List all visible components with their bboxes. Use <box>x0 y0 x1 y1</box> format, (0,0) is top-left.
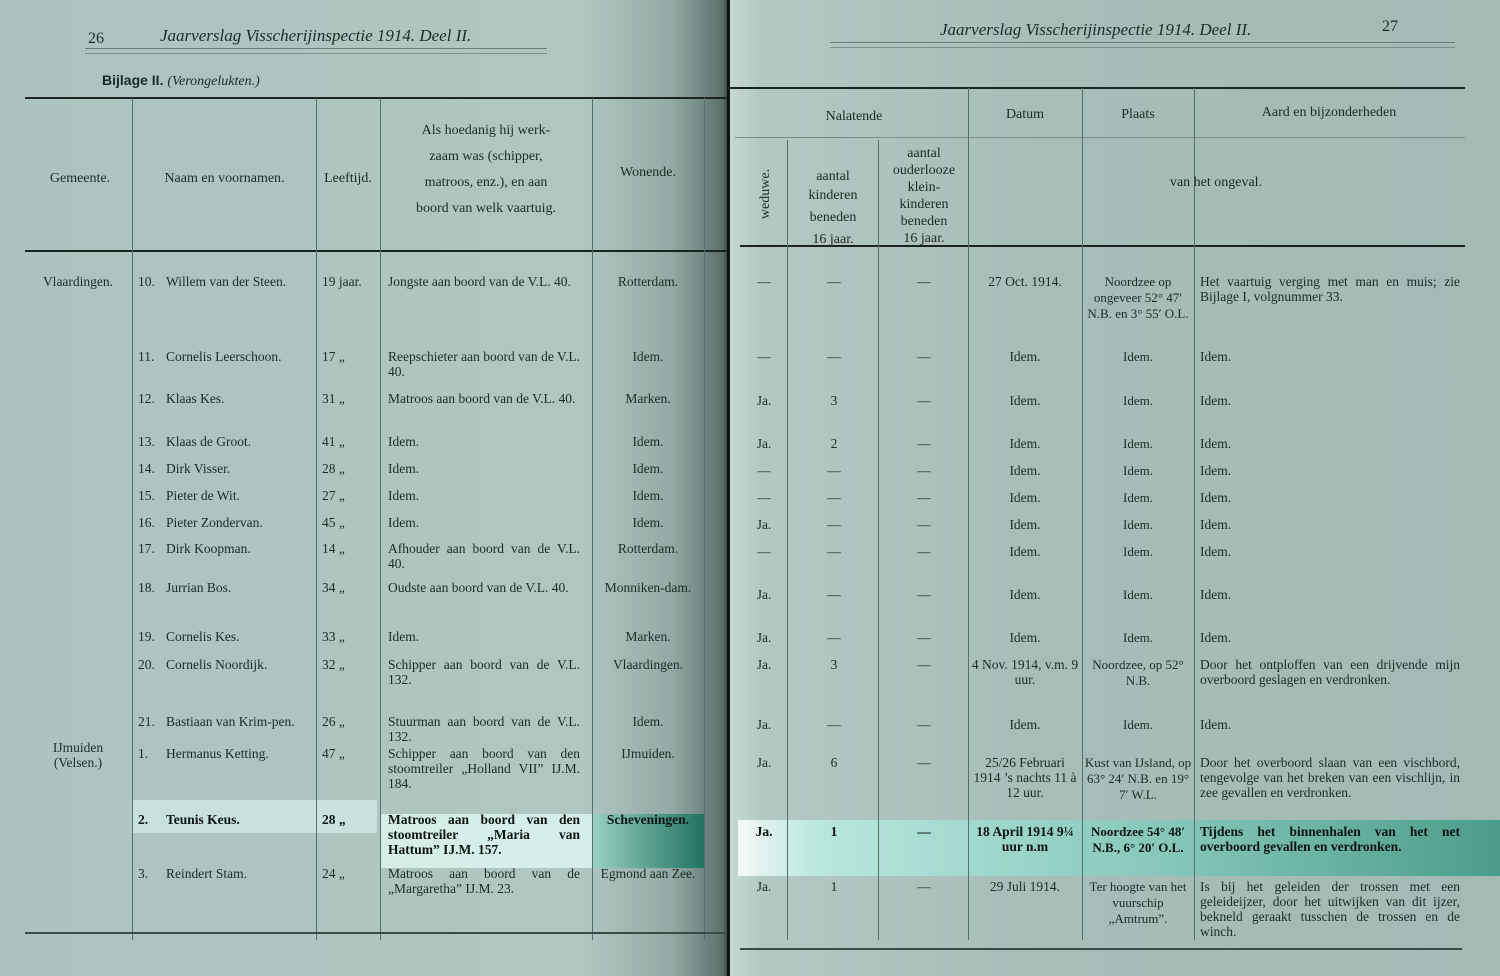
col-header-gemeente: Gemeente. <box>30 166 130 192</box>
cell-nr: 21. <box>138 714 160 729</box>
appendix-subtitle: (Verongelukten.) <box>167 74 259 89</box>
cell-kleinkinderen: — <box>880 717 968 732</box>
cell-datum: Idem. <box>970 393 1080 408</box>
cell-weduwe: Ja. <box>742 517 786 532</box>
cell-wonende: Idem. <box>595 434 701 449</box>
col-header-naam: Naam en voornamen. <box>133 166 316 192</box>
cell-aard: Het vaartuig verging met man en muis; zi… <box>1200 274 1460 304</box>
cell-aard: Door het ontploffen van een drijvende mi… <box>1200 657 1460 687</box>
cell-plaats: Noordzee 54° 48′ N.B., 6° 20′ O.L. <box>1084 824 1192 856</box>
cell-hoedanig: Jongste aan boord van de V.L. 40. <box>388 274 580 289</box>
cell-kleinkinderen: — <box>880 393 968 408</box>
cell-hoedanig: Reepschieter aan boord van de V.L. 40. <box>388 349 580 379</box>
cell-datum: Idem. <box>970 517 1080 532</box>
cell-leeftijd: 24 „ <box>322 866 378 881</box>
cell-kinderen: — <box>790 717 878 732</box>
cell-wonende: Rotterdam. <box>595 541 701 556</box>
cell-plaats: Noordzee, op 52° N.B. <box>1084 657 1192 689</box>
cell-nr: 18. <box>138 580 160 595</box>
cell-weduwe: Ja. <box>742 879 786 894</box>
cell-wonende: Idem. <box>595 515 701 530</box>
appendix-title: Bijlage II. (Verongelukten.) <box>102 72 260 90</box>
cell-leeftijd: 27 „ <box>322 488 378 503</box>
cell-datum: 25/26 Februari 1914 ’s nachts 11 à 12 uu… <box>970 755 1080 800</box>
cell-hoedanig: Idem. <box>388 461 580 476</box>
cell-wonende: Idem. <box>595 461 701 476</box>
cell-kinderen: 6 <box>790 755 878 770</box>
cell-nr: 2. <box>138 812 160 827</box>
cell-wonende: Rotterdam. <box>595 274 701 289</box>
cell-leeftijd: 31 „ <box>322 391 378 406</box>
cell-hoedanig: Matroos aan boord van de „Margaretha” IJ… <box>388 866 580 896</box>
cell-hoedanig: Idem. <box>388 515 580 530</box>
cell-naam: Bastiaan van Krim-pen. <box>166 714 316 729</box>
cell-kinderen: — <box>790 349 878 364</box>
cell-wonende: Marken. <box>595 391 701 406</box>
cell-leeftijd: 17 „ <box>322 349 378 364</box>
cell-naam: Pieter Zondervan. <box>166 515 316 530</box>
cell-aard: Idem. <box>1200 544 1460 559</box>
cell-kinderen: 1 <box>790 879 878 894</box>
cell-naam: Teunis Keus. <box>166 812 316 827</box>
cell-aard: Idem. <box>1200 490 1460 505</box>
cell-leeftijd: 26 „ <box>322 714 378 729</box>
cell-aard: Tijdens het binnenhalen van het net over… <box>1200 824 1460 854</box>
col-header-hoedanig: Als hoedanig hij werk- zaam was (schippe… <box>380 118 592 222</box>
cell-plaats: Idem. <box>1084 436 1192 452</box>
cell-aard: Idem. <box>1200 463 1460 478</box>
cell-nr: 15. <box>138 488 160 503</box>
cell-hoedanig: Afhouder aan boord van de V.L. 40. <box>388 541 580 571</box>
cell-leeftijd: 28 „ <box>322 461 378 476</box>
cell-weduwe: Ja. <box>742 630 786 645</box>
cell-leeftijd: 33 „ <box>322 629 378 644</box>
cell-plaats: Idem. <box>1084 517 1192 533</box>
header-rule-right <box>830 42 1455 48</box>
cell-nr: 13. <box>138 434 160 449</box>
cell-kleinkinderen: — <box>880 824 968 839</box>
cell-aard: Idem. <box>1200 517 1460 532</box>
cell-naam: Klaas Kes. <box>166 391 316 406</box>
cell-aard: Idem. <box>1200 630 1460 645</box>
cell-hoedanig: Schipper aan boord van de V.L. 132. <box>388 657 580 687</box>
nalatende-rule <box>735 137 1465 138</box>
cell-hoedanig: Matroos aan boord van de V.L. 40. <box>388 391 580 406</box>
col-divider <box>878 140 879 940</box>
book-spine <box>727 0 730 976</box>
cell-kleinkinderen: — <box>880 755 968 770</box>
cell-plaats: Idem. <box>1084 544 1192 560</box>
cell-nr: 19. <box>138 629 160 644</box>
cell-datum: Idem. <box>970 436 1080 451</box>
cell-naam: Cornelis Noordijk. <box>166 657 316 672</box>
cell-datum: Idem. <box>970 630 1080 645</box>
cell-datum: 4 Nov. 1914, v.m. 9 uur. <box>970 657 1080 687</box>
table-top-rule-right <box>730 87 1465 89</box>
cell-weduwe: Ja. <box>742 436 786 451</box>
cell-weduwe: Ja. <box>742 717 786 732</box>
cell-plaats: Idem. <box>1084 463 1192 479</box>
cell-kinderen: 1 <box>790 824 878 839</box>
cell-kleinkinderen: — <box>880 349 968 364</box>
cell-leeftijd: 45 „ <box>322 515 378 530</box>
col-header-wonende: Wonende. <box>592 160 704 186</box>
cell-leeftijd: 28 „ <box>322 812 378 827</box>
col-divider <box>704 98 705 940</box>
group-gemeente-ijmuiden: IJmuiden (Velsen.) <box>28 740 128 770</box>
cell-weduwe: Ja. <box>742 393 786 408</box>
cell-kinderen: — <box>790 517 878 532</box>
cell-kinderen: 3 <box>790 657 878 672</box>
cell-kleinkinderen: — <box>880 587 968 602</box>
cell-plaats: Idem. <box>1084 587 1192 603</box>
cell-plaats: Idem. <box>1084 630 1192 646</box>
col-divider <box>316 98 317 940</box>
cell-datum: Idem. <box>970 463 1080 478</box>
cell-hoedanig: Idem. <box>388 488 580 503</box>
cell-wonende: Idem. <box>595 349 701 364</box>
cell-aard: Is bij het geleiden der trossen met een … <box>1200 879 1460 939</box>
cell-wonende: Egmond aan Zee. <box>595 866 701 881</box>
cell-weduwe: Ja. <box>742 824 786 839</box>
cell-aard: Door het overboord slaan van een vischbo… <box>1200 755 1460 800</box>
cell-nr: 3. <box>138 866 160 881</box>
cell-hoedanig: Stuurman aan boord van de V.L. 132. <box>388 714 580 744</box>
cell-kleinkinderen: — <box>880 630 968 645</box>
cell-wonende: Vlaardingen. <box>595 657 701 672</box>
cell-wonende: Marken. <box>595 629 701 644</box>
cell-naam: Hermanus Ketting. <box>166 746 316 761</box>
cell-datum: Idem. <box>970 544 1080 559</box>
cell-leeftijd: 19 jaar. <box>322 274 378 289</box>
header-rule-left <box>85 48 547 54</box>
cell-naam: Pieter de Wit. <box>166 488 316 503</box>
cell-nr: 20. <box>138 657 160 672</box>
col-header-aard: Aard en bijzonderheden <box>1194 100 1464 126</box>
cell-weduwe: — <box>742 463 786 478</box>
cell-weduwe: — <box>742 349 786 364</box>
table-header-rule-left <box>25 250 730 252</box>
running-head-right: Jaarverslag Visscherijinspectie 1914. De… <box>940 20 1251 40</box>
cell-kleinkinderen: — <box>880 436 968 451</box>
page-number-right: 27 <box>1382 18 1398 36</box>
cell-kleinkinderen: — <box>880 517 968 532</box>
cell-nr: 12. <box>138 391 160 406</box>
cell-datum: Idem. <box>970 587 1080 602</box>
cell-leeftijd: 14 „ <box>322 541 378 556</box>
cell-kinderen: — <box>790 587 878 602</box>
cell-datum: Idem. <box>970 717 1080 732</box>
page-number-left: 26 <box>88 30 104 48</box>
col-header-nalatende: Nalatende <box>740 104 968 130</box>
cell-naam: Dirk Visser. <box>166 461 316 476</box>
cell-leeftijd: 34 „ <box>322 580 378 595</box>
cell-datum: Idem. <box>970 490 1080 505</box>
cell-nr: 10. <box>138 274 160 289</box>
cell-kinderen: — <box>790 490 878 505</box>
cell-kleinkinderen: — <box>880 274 968 289</box>
table-top-rule-left <box>25 97 730 99</box>
cell-kleinkinderen: — <box>880 490 968 505</box>
cell-nr: 16. <box>138 515 160 530</box>
cell-kinderen: — <box>790 630 878 645</box>
cell-aard: Idem. <box>1200 587 1460 602</box>
col-divider <box>132 98 133 940</box>
cell-kinderen: 2 <box>790 436 878 451</box>
cell-wonende: Scheveningen. <box>595 812 701 827</box>
cell-kinderen: 3 <box>790 393 878 408</box>
col-divider <box>380 98 381 940</box>
cell-kinderen: — <box>790 463 878 478</box>
col-divider <box>1082 88 1083 940</box>
col-divider <box>1194 88 1195 940</box>
cell-kleinkinderen: — <box>880 544 968 559</box>
cell-naam: Cornelis Leerschoon. <box>166 349 316 364</box>
cell-datum: Idem. <box>970 349 1080 364</box>
cell-leeftijd: 47 „ <box>322 746 378 761</box>
cell-datum: 27 Oct. 1914. <box>970 274 1080 289</box>
cell-hoedanig: Idem. <box>388 629 580 644</box>
cell-kleinkinderen: — <box>880 657 968 672</box>
cell-naam: Dirk Koopman. <box>166 541 316 556</box>
table-bottom-rule-left <box>25 932 725 934</box>
cell-plaats: Idem. <box>1084 393 1192 409</box>
cell-datum: 29 Juli 1914. <box>970 879 1080 894</box>
cell-plaats: Idem. <box>1084 717 1192 733</box>
table-bottom-rule-right <box>740 948 1462 950</box>
col-header-datum: Datum <box>968 102 1082 128</box>
cell-nr: 17. <box>138 541 160 556</box>
cell-hoedanig: Matroos aan boord van den stoomtreiler „… <box>388 812 580 857</box>
cell-weduwe: — <box>742 490 786 505</box>
running-head-left: Jaarverslag Visscherijinspectie 1914. De… <box>160 26 471 46</box>
cell-plaats: Ter hoogte van het vuurschip „Amtrum”. <box>1084 879 1192 927</box>
cell-plaats: Noordzee op ongeveer 52° 47′ N.B. en 3° … <box>1084 274 1192 322</box>
group-gemeente-vlaardingen: Vlaardingen. <box>28 274 128 289</box>
cell-kinderen: — <box>790 274 878 289</box>
cell-weduwe: Ja. <box>742 755 786 770</box>
cell-wonende: IJmuiden. <box>595 746 701 761</box>
col-header-leeftijd: Leeftijd. <box>316 166 380 192</box>
cell-leeftijd: 41 „ <box>322 434 378 449</box>
col-header-weduwe: weduwe. <box>758 164 774 224</box>
cell-plaats: Idem. <box>1084 490 1192 506</box>
col-header-plaats: Plaats <box>1082 102 1194 128</box>
cell-wonende: Idem. <box>595 714 701 729</box>
cell-kinderen: — <box>790 544 878 559</box>
cell-hoedanig: Oudste aan boord van de V.L. 40. <box>388 580 580 595</box>
cell-weduwe: Ja. <box>742 657 786 672</box>
cell-naam: Klaas de Groot. <box>166 434 316 449</box>
cell-wonende: Idem. <box>595 488 701 503</box>
cell-hoedanig: Schipper aan boord van den stoomtreiler … <box>388 746 580 791</box>
col-header-kleinkinderen: aantal ouderlooze klein- kinderen benede… <box>879 145 969 247</box>
cell-naam: Cornelis Kes. <box>166 629 316 644</box>
col-divider <box>592 98 593 940</box>
cell-wonende: Monniken-dam. <box>595 580 701 595</box>
col-divider <box>787 140 788 940</box>
cell-weduwe: — <box>742 544 786 559</box>
cell-naam: Reindert Stam. <box>166 866 316 881</box>
cell-leeftijd: 32 „ <box>322 657 378 672</box>
cell-naam: Willem van der Steen. <box>166 274 316 289</box>
cell-naam: Jurrian Bos. <box>166 580 316 595</box>
col-header-van-het-ongeval: van het ongeval. <box>968 170 1464 196</box>
cell-hoedanig: Idem. <box>388 434 580 449</box>
cell-aard: Idem. <box>1200 393 1460 408</box>
cell-nr: 14. <box>138 461 160 476</box>
cell-plaats: Idem. <box>1084 349 1192 365</box>
col-header-kinderen: aantal kinderen beneden 16 jaar. <box>788 168 878 251</box>
cell-weduwe: Ja. <box>742 587 786 602</box>
cell-nr: 11. <box>138 349 160 364</box>
cell-aard: Idem. <box>1200 717 1460 732</box>
cell-kleinkinderen: — <box>880 879 968 894</box>
appendix-label: Bijlage II. <box>102 72 163 88</box>
cell-datum: 18 April 1914 9¼ uur n.m <box>970 824 1080 854</box>
cell-kleinkinderen: — <box>880 463 968 478</box>
cell-weduwe: — <box>742 274 786 289</box>
cell-aard: Idem. <box>1200 349 1460 364</box>
cell-plaats: Kust van IJsland, op 63° 24′ N.B. en 19°… <box>1084 755 1192 803</box>
cell-aard: Idem. <box>1200 436 1460 451</box>
cell-nr: 1. <box>138 746 160 761</box>
